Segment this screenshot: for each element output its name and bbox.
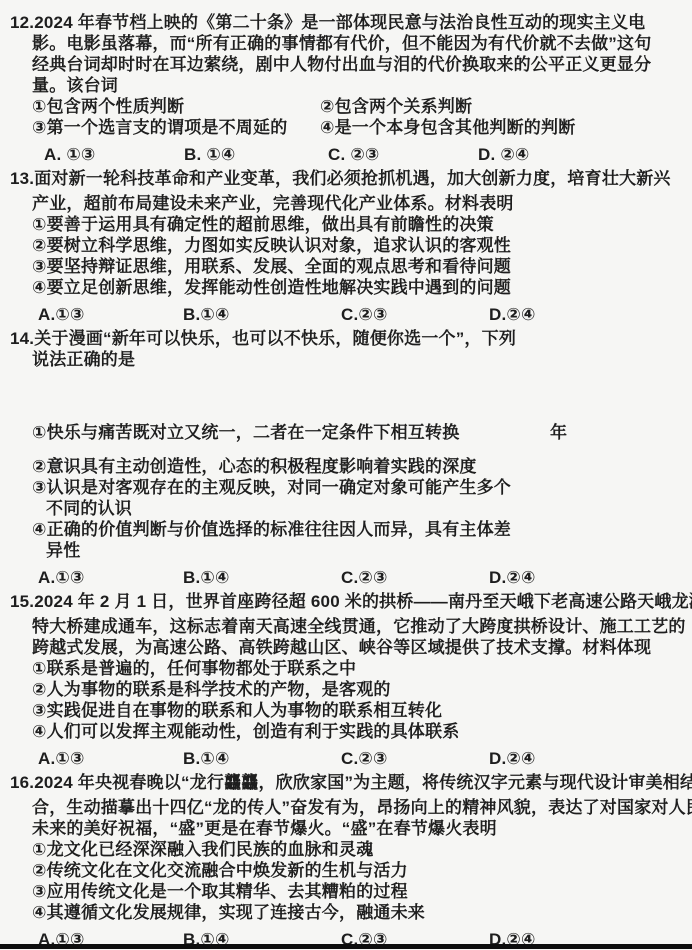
question-16: 16.2024 年央视春晚以“龙行龘龘，欣欣家国”为主题，将传统汉字元素与现代设… — [10, 772, 686, 950]
choice-a: A.①③ — [38, 304, 183, 325]
option-1: ①包含两个性质判断 — [32, 96, 320, 117]
option-4: ④人们可以发挥主观能动性，创造有利于实践的具体联系 — [10, 721, 686, 742]
option-2: ②传统文化在文化交流融合中焕发新的生机与活力 — [10, 860, 686, 881]
stem-line: 产业，超前布局建设未来产业，完善现代化产业体系。材料表明 — [10, 193, 686, 214]
stem-line: 影。电影虽落幕，而“所有正确的事情都有代价，但不能因为有代价就不去做”这句 — [10, 33, 686, 54]
choice-a: A.①③ — [38, 567, 183, 588]
stem-line: 13.面对新一轮科技革命和产业变革，我们必须抢抓机遇，加大创新力度，培育壮大新兴 — [10, 168, 686, 189]
option-4: ④其遵循文化发展规律，实现了连接古今，融通未来 — [10, 902, 686, 923]
choice-c: C.②③ — [341, 304, 489, 325]
option-3: ③实践促进自在事物的联系和人为事物的联系相互转化 — [10, 700, 686, 721]
option-3: ③应用传统文化是一个取其精华、去其糟粕的过程 — [10, 881, 686, 902]
exam-body: 12.2024 年春节档上映的《第二十条》是一部体现民意与法治良性互动的现实主义… — [0, 0, 692, 950]
choices-row: A.①③ B.①④ C.②③ D.②④ — [10, 567, 686, 588]
option-1-text: ①快乐与痛苦既对立又统一，二者在一定条件下相互转换 — [32, 423, 459, 442]
stem-line: 14.关于漫画“新年可以快乐，也可以不快乐，随便你选一个”，下列 — [10, 328, 686, 349]
choice-b: B.①④ — [183, 748, 341, 769]
choice-a: A. ①③ — [44, 144, 184, 165]
cartoon-stray-text: 年 — [550, 422, 567, 443]
choices-row: A. ①③ B. ①④ C. ②③ D. ②④ — [10, 144, 686, 165]
question-13: 13.面对新一轮科技革命和产业变革，我们必须抢抓机遇，加大创新力度，培育壮大新兴… — [10, 168, 686, 325]
choice-c: C. ②③ — [328, 144, 478, 165]
option-row: ③第一个选言支的谓项是不周延的 ④是一个本身包含其他判断的判断 — [10, 117, 686, 138]
choice-a: A.①③ — [38, 748, 183, 769]
choice-c: C.②③ — [341, 748, 489, 769]
option-3: ③要坚持辩证思维，用联系、发展、全面的观点思考和看待问题 — [10, 256, 686, 277]
question-12: 12.2024 年春节档上映的《第二十条》是一部体现民意与法治良性互动的现实主义… — [10, 12, 686, 165]
option-2: ②包含两个关系判断 — [320, 96, 686, 117]
stem-line: 12.2024 年春节档上映的《第二十条》是一部体现民意与法治良性互动的现实主义… — [10, 12, 686, 33]
question-14: 14.关于漫画“新年可以快乐，也可以不快乐，随便你选一个”，下列 说法正确的是 … — [10, 328, 686, 588]
choice-d: D. ②④ — [478, 144, 686, 165]
option-1: ①要善于运用具有确定性的超前思维，做出具有前瞻性的决策 — [10, 214, 686, 235]
option-3: ③认识是对客观存在的主观反映，对同一确定对象可能产生多个 — [10, 477, 686, 498]
choice-b: B.①④ — [183, 567, 341, 588]
option-4-continuation: 异性 — [10, 540, 686, 561]
stem-line: 跨越式发展，为高速公路、高铁跨越山区、峡谷等区域提供了技术支撑。材料体现 — [10, 637, 686, 658]
option-1: ①龙文化已经深深融入我们民族的血脉和灵魂 — [10, 839, 686, 860]
option-3-continuation: 不同的认识 — [10, 498, 686, 519]
choice-d: D.②④ — [489, 567, 686, 588]
option-4: ④是一个本身包含其他判断的判断 — [320, 117, 686, 138]
choice-d: D.②④ — [489, 304, 686, 325]
question-15: 15.2024 年 2 月 1 日，世界首座跨径超 600 米的拱桥——南丹至天… — [10, 591, 686, 769]
choices-row: A.①③ B.①④ C.②③ D.②④ — [10, 304, 686, 325]
choices-row: A.①③ B.①④ C.②③ D.②④ — [10, 748, 686, 769]
cartoon-placeholder — [10, 370, 686, 422]
choice-d: D.②④ — [489, 748, 686, 769]
option-3: ③第一个选言支的谓项是不周延的 — [32, 117, 320, 138]
option-4: ④正确的价值判断与价值选择的标准往往因人而异，具有主体差 — [10, 519, 686, 540]
choice-b: B.①④ — [183, 304, 341, 325]
stem-line: 说法正确的是 — [10, 349, 686, 370]
stem-line: 特大桥建成通车，这标志着南天高速全线贯通，它推动了大跨度拱桥设计、施工工艺的 — [10, 616, 686, 637]
stem-line: 15.2024 年 2 月 1 日，世界首座跨径超 600 米的拱桥——南丹至天… — [10, 591, 686, 612]
option-4: ④要立足创新思维，发挥能动性创造性地解决实践中遇到的问题 — [10, 277, 686, 298]
option-2: ②意识具有主动创造性，心态的积极程度影响着实践的深度 — [10, 456, 686, 477]
page-bottom-rule — [0, 944, 692, 949]
option-2: ②要树立科学思维，力图如实反映认识对象，追求认识的客观性 — [10, 235, 686, 256]
choice-c: C.②③ — [341, 567, 489, 588]
option-1: ①快乐与痛苦既对立又统一，二者在一定条件下相互转换 年 — [10, 422, 686, 443]
stem-line: 16.2024 年央视春晚以“龙行龘龘，欣欣家国”为主题，将传统汉字元素与现代设… — [10, 772, 686, 793]
option-row: ①包含两个性质判断 ②包含两个关系判断 — [10, 96, 686, 117]
option-2: ②人为事物的联系是科学技术的产物，是客观的 — [10, 679, 686, 700]
stem-line: 未来的美好祝福，“盛”更是在春节爆火。“盛”在春节爆火表明 — [10, 818, 686, 839]
stem-line: 经典台词却时时在耳边萦绕，剧中人物付出血与泪的代价换取来的公平正义更显分 — [10, 54, 686, 75]
choice-b: B. ①④ — [184, 144, 328, 165]
stem-line: 合，生动描摹出十四亿“龙的传人”奋发有为，昂扬向上的精神风貌，表达了对国家对人民 — [10, 797, 686, 818]
option-1: ①联系是普遍的，任何事物都处于联系之中 — [10, 658, 686, 679]
exam-page: { "page": { "background_color": "#f6f6f4… — [0, 0, 692, 950]
stem-line: 量。该台词 — [10, 75, 686, 96]
